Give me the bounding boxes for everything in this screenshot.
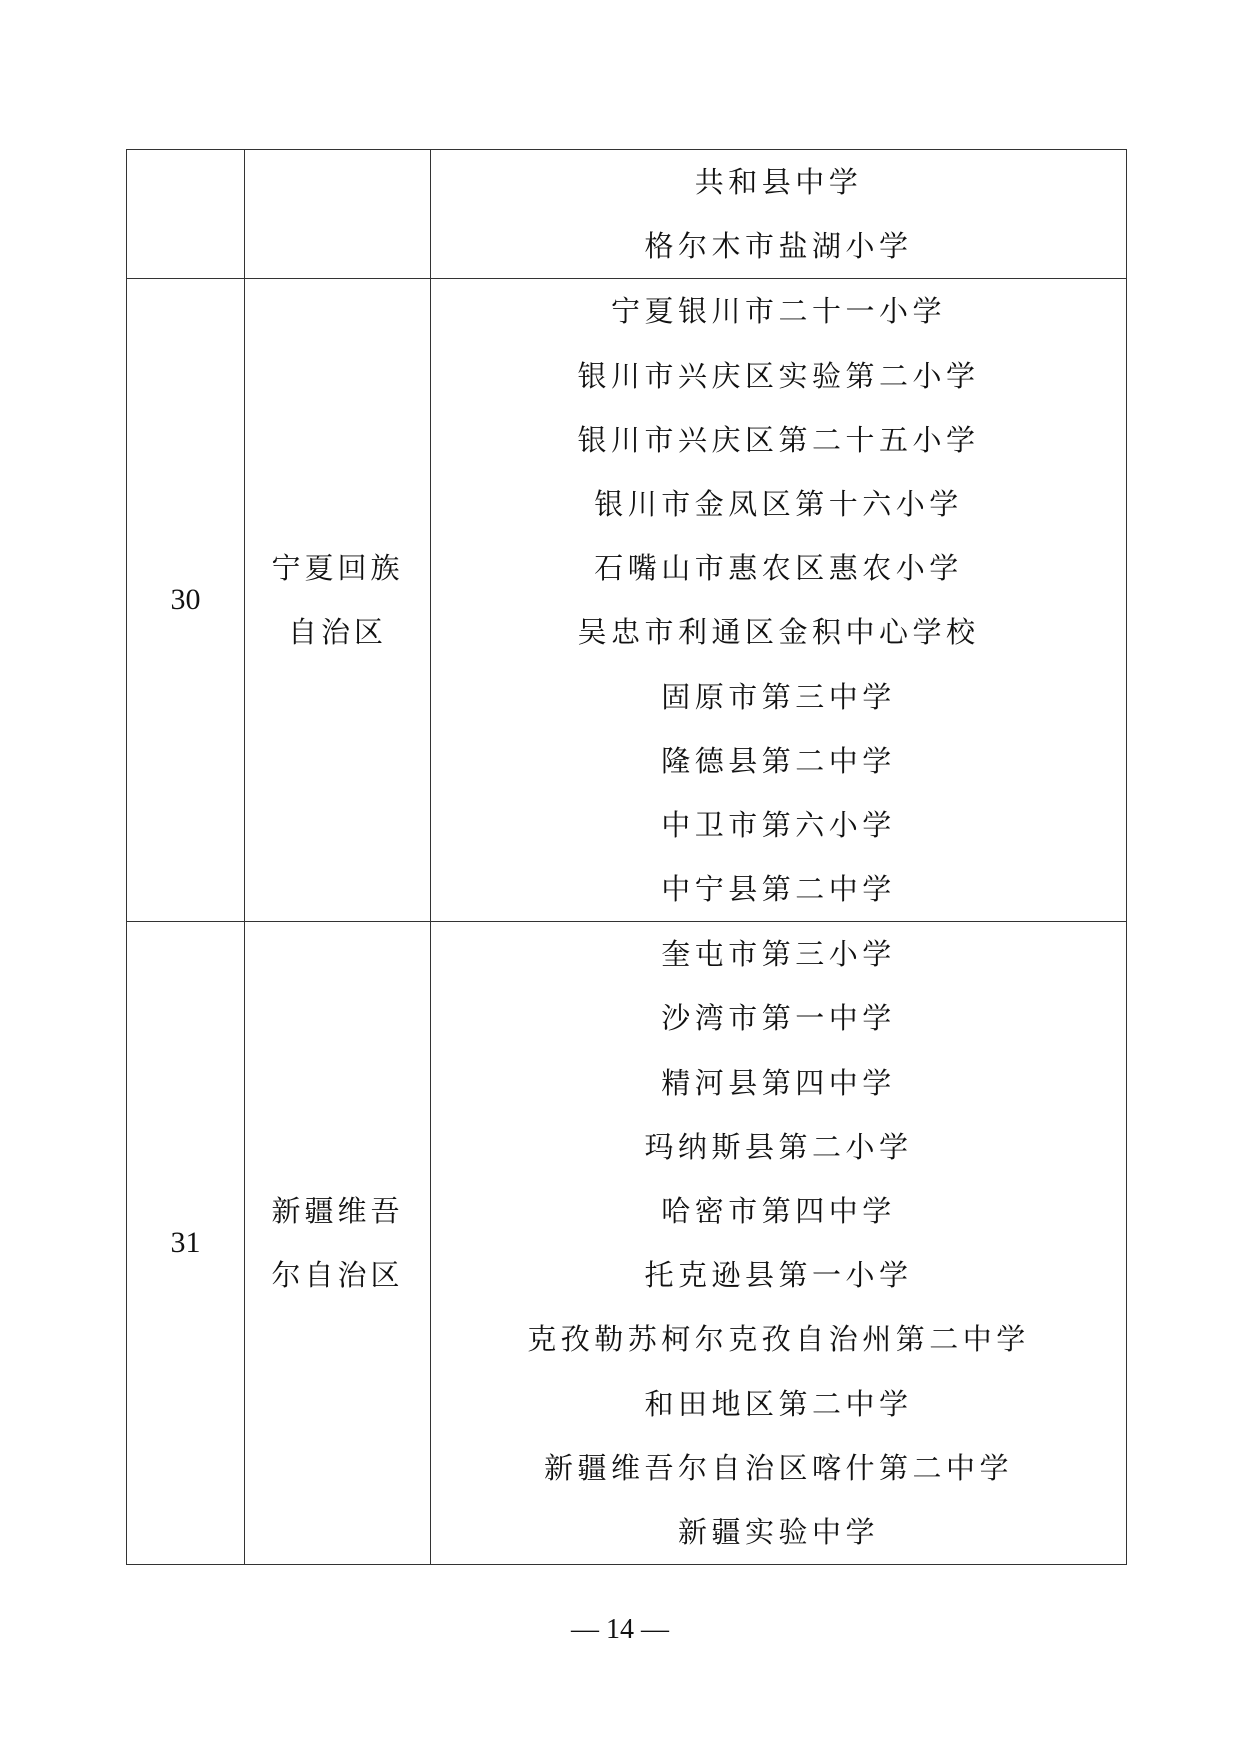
school-item: 固原市第三中学	[431, 665, 1126, 729]
schools-cell: 奎屯市第三小学 沙湾市第一中学 精河县第四中学 玛纳斯县第二小学 哈密市第四中学…	[431, 922, 1127, 1565]
row-index-cell: 30	[127, 279, 245, 922]
school-item: 中卫市第六小学	[431, 793, 1126, 857]
region-line: 自治区	[245, 600, 430, 664]
region-line: 宁夏回族	[245, 536, 430, 600]
school-item: 银川市兴庆区第二十五小学	[431, 408, 1126, 472]
school-item: 新疆实验中学	[431, 1500, 1126, 1564]
table-row: 31 新疆维吾 尔自治区 奎屯市第三小学 沙湾市第一中学 精河县第四中学 玛纳斯…	[127, 922, 1127, 1565]
school-item: 沙湾市第一中学	[431, 986, 1126, 1050]
school-item: 宁夏银川市二十一小学	[431, 279, 1126, 343]
region-line: 新疆维吾	[245, 1179, 430, 1243]
school-item: 精河县第四中学	[431, 1051, 1126, 1115]
school-item: 新疆维吾尔自治区喀什第二中学	[431, 1436, 1126, 1500]
school-item: 克孜勒苏柯尔克孜自治州第二中学	[431, 1307, 1126, 1371]
region-cell: 宁夏回族 自治区	[245, 279, 431, 922]
row-index-cell: 31	[127, 922, 245, 1565]
schools-cell: 共和县中学 格尔木市盐湖小学	[431, 150, 1127, 279]
school-item: 隆德县第二中学	[431, 729, 1126, 793]
schools-cell: 宁夏银川市二十一小学 银川市兴庆区实验第二小学 银川市兴庆区第二十五小学 银川市…	[431, 279, 1127, 922]
table-row: 30 宁夏回族 自治区 宁夏银川市二十一小学 银川市兴庆区实验第二小学 银川市兴…	[127, 279, 1127, 922]
school-item: 共和县中学	[431, 150, 1126, 214]
school-item: 格尔木市盐湖小学	[431, 214, 1126, 278]
region-cell	[245, 150, 431, 279]
school-item: 银川市金凤区第十六小学	[431, 472, 1126, 536]
school-item: 石嘴山市惠农区惠农小学	[431, 536, 1126, 600]
page-number: — 14 —	[0, 1614, 1240, 1646]
table-row: 共和县中学 格尔木市盐湖小学	[127, 150, 1127, 279]
school-item: 中宁县第二中学	[431, 857, 1126, 921]
region-line: 尔自治区	[245, 1243, 430, 1307]
school-item: 玛纳斯县第二小学	[431, 1115, 1126, 1179]
school-item: 托克逊县第一小学	[431, 1243, 1126, 1307]
school-item: 银川市兴庆区实验第二小学	[431, 344, 1126, 408]
school-list-table: 共和县中学 格尔木市盐湖小学 30 宁夏回族 自治区 宁夏银川市二十一小学 银川…	[126, 149, 1127, 1565]
region-cell: 新疆维吾 尔自治区	[245, 922, 431, 1565]
school-item: 哈密市第四中学	[431, 1179, 1126, 1243]
school-item: 吴忠市利通区金积中心学校	[431, 600, 1126, 664]
row-index-cell	[127, 150, 245, 279]
school-item: 和田地区第二中学	[431, 1372, 1126, 1436]
school-item: 奎屯市第三小学	[431, 922, 1126, 986]
